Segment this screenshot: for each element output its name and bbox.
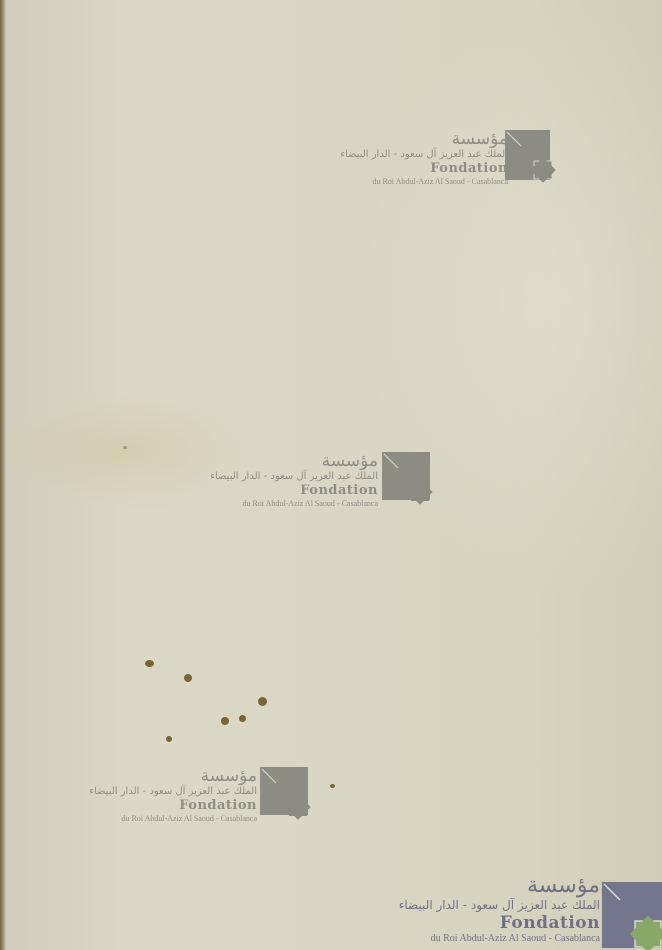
stain-dot xyxy=(221,717,229,725)
watermark-arabic-title: مؤسسة xyxy=(89,767,257,785)
stain-dot xyxy=(258,697,267,706)
stain-dot xyxy=(330,784,335,788)
stain-dot xyxy=(184,674,192,682)
foundation-logo-icon xyxy=(260,767,315,827)
watermark-logo: مؤسسة الملك عبد العزيز آل سعود - الدار ا… xyxy=(310,130,552,186)
watermark-french-title: Fondation xyxy=(210,483,378,499)
stain-dot xyxy=(166,736,172,742)
watermark-arabic-subtitle: الملك عبد العزيز آل سعود - الدار البيضاء xyxy=(89,785,257,798)
watermark-arabic-subtitle: الملك عبد العزيز آل سعود - الدار البيضاء xyxy=(340,148,508,161)
watermark-arabic-title: مؤسسة xyxy=(210,452,378,470)
watermark-logo-color: مؤسسة الملك عبد العزيز آل سعود - الدار ا… xyxy=(360,875,662,950)
watermark-french-subtitle: du Roi Abdul-Aziz Al Saoud - Casablanca xyxy=(399,933,600,945)
watermark-logo: مؤسسة الملك عبد العزيز آل سعود - الدار ا… xyxy=(222,452,432,508)
watermark-french-title: Fondation xyxy=(399,913,600,933)
watermark-logo: مؤسسة الملك عبد العزيز آل سعود - الدار ا… xyxy=(100,767,310,823)
stain-dot xyxy=(239,715,246,722)
watermark-french-subtitle: du Roi Abdul-Aziz Al Saoud - Casablanca xyxy=(340,177,508,187)
scanned-page: مؤسسة الملك عبد العزيز آل سعود - الدار ا… xyxy=(0,0,662,950)
watermark-french-title: Fondation xyxy=(340,161,508,177)
watermark-arabic-subtitle: الملك عبد العزيز آل سعود - الدار البيضاء xyxy=(399,897,600,913)
watermark-french-title: Fondation xyxy=(89,798,257,814)
watermark-arabic-subtitle: الملك عبد العزيز آل سعود - الدار البيضاء xyxy=(210,470,378,483)
watermark-arabic-title: مؤسسة xyxy=(399,875,600,897)
watermark-french-subtitle: du Roi Abdul-Aziz Al Saoud - Casablanca xyxy=(89,814,257,824)
watermark-french-subtitle: du Roi Abdul-Aziz Al Saoud - Casablanca xyxy=(210,499,378,509)
foundation-logo-icon xyxy=(505,130,560,192)
stain-dot xyxy=(145,660,154,667)
watermark-arabic-title: مؤسسة xyxy=(340,130,508,148)
page-edge-shadow xyxy=(0,0,6,950)
foundation-logo-icon xyxy=(382,452,437,512)
stain-dot xyxy=(123,446,127,449)
foundation-logo-icon xyxy=(600,880,662,950)
